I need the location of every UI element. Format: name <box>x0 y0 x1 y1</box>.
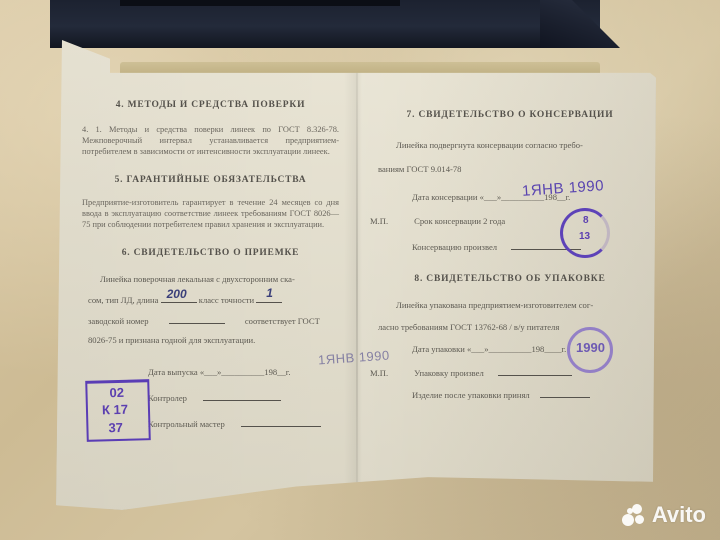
mp-label-packing: М.П. <box>370 368 412 378</box>
conservation-round-stamp: 8 13 <box>560 208 610 258</box>
accepted-signature-field <box>540 388 590 398</box>
section-7-title: 7. СВИДЕТЕЛЬСТВО О КОНСЕРВАЦИИ <box>370 110 650 120</box>
stamp-line-1: 02 <box>109 385 124 400</box>
avito-logo-icon <box>622 504 648 526</box>
round-stamp-line-2: 13 <box>579 231 590 242</box>
left-page: 4. МЕТОДЫ И СРЕДСТВА ПОВЕРКИ 4. 1. Метод… <box>68 92 353 429</box>
acceptance-line-1-text: Линейка поверочная лекальная с двухсторо… <box>100 274 295 284</box>
avito-text: Avito <box>652 502 706 528</box>
packing-round-stamp: 1990 <box>567 327 613 373</box>
acceptance-line-4-text: 8026-75 и признана годной для эксплуатац… <box>88 335 255 345</box>
length-value: 200 <box>167 287 187 301</box>
controller-label: Контролер <box>148 393 187 403</box>
controller-signature-field <box>203 391 281 401</box>
qc-square-stamp: 02 К 17 37 <box>85 379 151 442</box>
section-5-title: 5. ГАРАНТИЙНЫЕ ОБЯЗАТЕЛЬСТВА <box>68 175 353 185</box>
section-6-title: 6. СВИДЕТЕЛЬСТВО О ПРИЕМКЕ <box>68 248 353 258</box>
conservation-line-2: ваниям ГОСТ 9.014-78 <box>370 164 650 174</box>
accepted-after-packing-row: Изделие после упаковки принял <box>370 388 650 400</box>
stamp-line-2: К 17 <box>102 402 128 418</box>
conservation-date-row: Дата консервации «___»__________198__г. <box>370 192 650 202</box>
conservation-gost-text: ваниям ГОСТ 9.014-78 <box>378 164 461 174</box>
serial-number-label: заводской номер <box>88 316 149 326</box>
accuracy-value: 1 <box>266 286 273 300</box>
mp-label-conservation: М.П. <box>370 216 412 226</box>
acceptance-line-1: Линейка поверочная лекальная с двухсторо… <box>68 274 353 284</box>
packing-line-2: ласно требованиям ГОСТ 13762-68 / в/у пи… <box>370 322 650 332</box>
ruler-slot <box>120 0 400 6</box>
acceptance-line-2: сом, тип ЛД, длина 200 класс точности 1 <box>68 293 353 305</box>
packing-date-label: Дата упаковки «___»__________198____г. <box>412 344 566 354</box>
packing-line-1: Линейка упакована предприятием-изготовит… <box>370 300 650 310</box>
section-4-text: 4. 1. Методы и средства поверки линеек п… <box>68 124 353 157</box>
conservation-term-label: Срок консервации 2 года <box>414 216 505 226</box>
packing-by-label: Упаковку произвел <box>414 368 484 378</box>
packing-gost-text: ласно требованиям ГОСТ 13762-68 / в/у пи… <box>378 322 559 332</box>
serial-number-field <box>169 314 225 324</box>
packing-stamp-text: 1990 <box>576 340 605 355</box>
conservation-line-1: Линейка подвергнута консервации согласно… <box>370 140 650 150</box>
acceptance-line-3: заводской номер соответствует ГОСТ <box>68 314 353 326</box>
acceptance-line-4: 8026-75 и признана годной для эксплуатац… <box>68 335 353 345</box>
packing-signature-field <box>498 366 572 376</box>
master-signature-field <box>241 417 321 427</box>
section-4-title: 4. МЕТОДЫ И СРЕДСТВА ПОВЕРКИ <box>68 100 353 110</box>
stamp-line-3: 37 <box>108 420 123 435</box>
master-label: Контрольный мастер <box>148 419 225 429</box>
length-field: 200 <box>161 293 197 303</box>
accuracy-class-label: класс точности <box>199 295 254 305</box>
packing-line-1-text: Линейка упакована предприятием-изготовит… <box>396 300 593 310</box>
section-8-title: 8. СВИДЕТЕЛЬСТВО ОБ УПАКОВКЕ <box>370 274 650 284</box>
round-stamp-line-1: 8 <box>583 215 589 226</box>
release-date-row: Дата выпуска «___»__________198__г. <box>68 367 353 377</box>
accepted-after-packing-label: Изделие после упаковки принял <box>412 390 530 400</box>
ruler-object <box>50 0 600 48</box>
type-length-label: сом, тип ЛД, длина <box>88 295 158 305</box>
conservation-line-1-text: Линейка подвергнута консервации согласно… <box>396 140 583 150</box>
conservation-by-label: Консервацию произвел <box>412 242 497 252</box>
release-date-label: Дата выпуска «___»__________198__г. <box>148 367 290 377</box>
gost-compliance-label: соответствует ГОСТ <box>245 316 320 326</box>
accuracy-field: 1 <box>256 293 282 303</box>
center-fold <box>356 70 358 490</box>
section-5-text: Предприятие-изготовитель гарантирует в т… <box>68 197 353 230</box>
packing-by-row: М.П. Упаковку произвел <box>370 366 650 378</box>
avito-watermark: Avito <box>622 502 706 528</box>
